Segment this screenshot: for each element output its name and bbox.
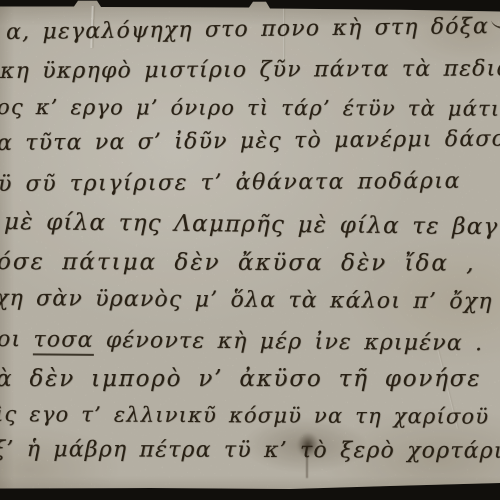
manuscript-line: α τῦτα να σ’ ἰδῦν μὲς τὸ μανέρμι δάσος bbox=[0, 126, 500, 156]
line-text: ξ’ ἡ μάβρη πέτρα τϋ κ’ τὸ ξερὸ χορτάρι . bbox=[0, 437, 500, 464]
manuscript-line: χη σὰν ϋρανὸς μ’ ὅλα τὰ κάλοι π’ ὄχη bbox=[0, 286, 493, 314]
manuscript-line: ϋ σῦ τριγίρισε τ’ ἀθάνατα ποδάρια bbox=[0, 169, 461, 197]
manuscript-line: ὰ δὲν ιμπορὸ ν’ ἀκϋσο τῆ φονήσε bbox=[0, 366, 481, 392]
line-text: ϋ σῦ τριγίρισε τ’ ἀθάνατα ποδάρια bbox=[0, 169, 461, 197]
line-text-segment: φένοντε κὴ μέρ ἰνε κριμένα . bbox=[93, 328, 483, 356]
line-text: μὲ φίλα της Λαμπρῆς μὲ φίλα τε βαγί bbox=[4, 209, 500, 240]
manuscript-line: α, μεγαλόψηχη στο πονο κὴ στη δόξα bbox=[6, 14, 500, 45]
paper-sheet: α, μεγαλόψηχη στο πονο κὴ στη δόξα κη ϋκ… bbox=[0, 0, 500, 500]
manuscript-line: όσε πάτιμα δὲν ἄκϋσα δὲν ἴδα , bbox=[0, 249, 476, 277]
manuscript-line: οι τοσα φένοντε κὴ μέρ ἰνε κριμένα . bbox=[0, 327, 483, 356]
manuscript-line: κη ϋκρηφὸ μιστίριο ζῦν πάντα τὰ πεδιάσ bbox=[0, 56, 500, 84]
line-text: α τῦτα να σ’ ἰδῦν μὲς τὸ μανέρμι δάσος bbox=[0, 126, 500, 156]
handwritten-text-block: α, μεγαλόψηχη στο πονο κὴ στη δόξα κη ϋκ… bbox=[0, 0, 500, 500]
line-text: ὰ δὲν ιμπορὸ ν’ ἀκϋσο τῆ φονήσε bbox=[0, 366, 481, 392]
line-text-segment: οι bbox=[0, 327, 34, 352]
underlined-word: τοσα bbox=[33, 327, 93, 356]
manuscript-line: ξ’ ἡ μάβρη πέτρα τϋ κ’ τὸ ξερὸ χορτάρι . bbox=[0, 437, 500, 464]
manuscript-line: ος κ’ εργο μ’ όνιρο τὶ τάρ’ έτϋν τὰ μάτι… bbox=[0, 95, 500, 121]
line-text: όσε πάτιμα δὲν ἄκϋσα δὲν ἴδα , bbox=[0, 249, 476, 277]
pen-flourish bbox=[491, 14, 500, 31]
line-text: χη σὰν ϋρανὸς μ’ ὅλα τὰ κάλοι π’ ὄχη bbox=[0, 286, 493, 314]
line-text: α, μεγαλόψηχη στο πονο κὴ στη δόξα bbox=[6, 14, 489, 45]
manuscript-line: μὲ φίλα της Λαμπρῆς μὲ φίλα τε βαγί bbox=[4, 209, 500, 240]
line-text: ος κ’ εργο μ’ όνιρο τὶ τάρ’ έτϋν τὰ μάτι… bbox=[0, 95, 500, 121]
line-text: ὶς εγο τ’ ελλινικῦ κόσμϋ να τη χαρίσοϋ bbox=[0, 402, 489, 429]
manuscript-photo: α, μεγαλόψηχη στο πονο κὴ στη δόξα κη ϋκ… bbox=[0, 0, 500, 500]
manuscript-line: ὶς εγο τ’ ελλινικῦ κόσμϋ να τη χαρίσοϋ bbox=[0, 402, 489, 429]
line-text: κη ϋκρηφὸ μιστίριο ζῦν πάντα τὰ πεδιάσ bbox=[0, 56, 500, 84]
